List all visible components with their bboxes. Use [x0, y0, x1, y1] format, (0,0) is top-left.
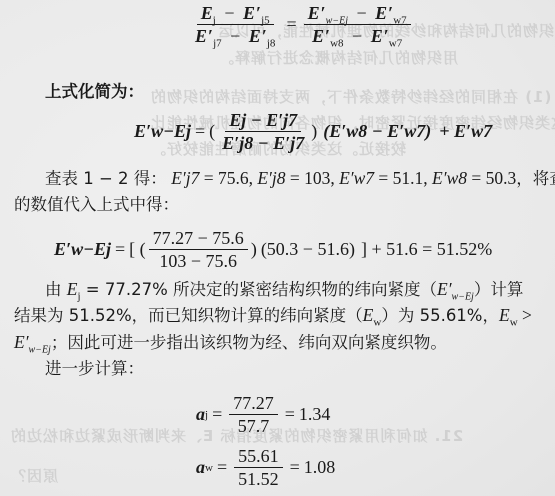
symbol-a: a — [196, 457, 205, 478]
ratio-result: 1.34 — [299, 404, 331, 425]
equals-sign: = — [115, 239, 125, 260]
equation-1: Ej − E′j5 E′j7 − E′j8 = E′w−Ej − E′w7 E′… — [188, 3, 414, 46]
symbol-E: E — [371, 26, 383, 46]
bleed-through-line: 原因？ — [10, 465, 58, 486]
fraction-numerator: Ej − E′j7 — [225, 110, 301, 132]
bleed-through-line: (1) 在相同的经纬纱特数条件下，两支持面结构的织物的 — [150, 86, 551, 107]
lookup-value: 50.3 — [486, 168, 517, 188]
fraction-numerator: 77.27 — [229, 393, 278, 415]
eq1-lhs-fraction: Ej − E′j5 E′j7 − E′j8 — [191, 3, 279, 46]
simplified-label: 上式化简为： — [45, 82, 144, 102]
close-paren: ) — [311, 121, 317, 142]
eq2-fraction: Ej − E′j7 E′j8 − E′j7 — [218, 110, 308, 153]
scanned-page: 主要取决于织物的几何结构和纱线的物理机械性能，可以运 用织物的几何结构概念进行解… — [0, 0, 555, 496]
eq2-plus-term: + E′w7 — [439, 121, 492, 142]
minus-sign: − — [224, 3, 234, 23]
symbol-E: E — [67, 279, 78, 299]
further-label: 进一步计算： — [45, 359, 144, 379]
equals-sign: = — [286, 14, 296, 35]
symbol-E: E′ — [14, 332, 29, 352]
subscript: w−Ej — [29, 345, 51, 356]
subscript: j7 — [213, 38, 222, 50]
lookup-line: 查表 1 − 2 得： E′j7 = 75.6, E′j8 = 103, E′w… — [45, 168, 555, 189]
fraction-denominator: 51.52 — [234, 468, 283, 489]
eq2-lhs: E′w−Ej — [134, 121, 191, 142]
lookup-symbol: E′j7 — [171, 168, 199, 188]
lookup-value: 51.1 — [393, 168, 424, 188]
equals-sign: = — [195, 121, 205, 142]
fraction-denominator: E′j8 − E′j7 — [218, 132, 308, 153]
eq2-factor: (E′w8 − E′w7) — [323, 121, 431, 142]
symbol-E: E — [243, 3, 255, 23]
subscript: j8 — [267, 38, 276, 50]
lookup-tail: ，将查得 — [516, 169, 555, 188]
text: = 77.27% 所决定的紧密结构织物的纬向紧度（ — [81, 280, 437, 299]
text: ）计算 — [474, 280, 524, 299]
lookup-intro: 查表 1 − 2 得： — [45, 169, 167, 188]
text: 结果为 51.52%，而已知织物计算的纬向紧度（ — [14, 306, 363, 325]
equation-3: E′w−Ej = [ ( 77.27 − 75.6 103 − 75.6 ) (… — [54, 228, 492, 271]
fraction-numerator: 55.61 — [234, 446, 283, 468]
lookup-value: 103 — [304, 168, 330, 188]
symbol-E: E — [201, 3, 213, 23]
eq1-rhs-fraction: E′w−Ej − E′w7 E′w8 − E′w7 — [304, 3, 411, 46]
symbol-E: E — [308, 3, 320, 23]
bleed-through-line: 用织物的几何结构概念进行解释。 — [218, 47, 458, 68]
symbol-E: E — [312, 26, 324, 46]
fraction-denominator: 57.7 — [234, 415, 274, 436]
eq3-factor: (50.3 − 51.6) — [261, 239, 355, 260]
minus-sign: − — [356, 3, 366, 23]
symbol-E: E′ — [437, 279, 452, 299]
minus-sign: − — [352, 26, 362, 46]
subscript: w — [510, 317, 518, 329]
ratio-result: 1.08 — [304, 457, 336, 478]
ratio-equation-aw: aw = 55.61 51.52 =1.08 — [196, 446, 335, 489]
symbol-a: a — [196, 404, 205, 425]
lookup-value: 75.6 — [218, 168, 249, 188]
lookup-symbol: E′j8 — [257, 168, 285, 188]
eq3-fraction: 77.27 − 75.6 103 − 75.6 — [149, 228, 248, 271]
subscript: w−Ej — [452, 292, 474, 303]
text: ）为 55.61%， — [381, 306, 499, 325]
eq3-lhs: E′w−Ej — [54, 239, 111, 260]
open-bracket: [ ( — [129, 239, 146, 260]
paragraph-line-3: E′w−Ej；因此可进一步指出该织物为经、纬向双向紧度织物。 — [14, 332, 447, 353]
paragraph-line-1: 由 Ej = 77.27% 所决定的紧密结构织物的纬向紧度（E′w−Ej）计算 — [45, 279, 523, 300]
lookup-symbol: E′w8 — [432, 168, 467, 188]
open-paren: ( — [209, 121, 215, 142]
symbol-E: E — [249, 26, 261, 46]
symbol-E: E — [195, 26, 207, 46]
equation-2: E′w−Ej = ( Ej − E′j7 E′j8 − E′j7 ) (E′w8… — [134, 110, 492, 153]
lookup-symbol: E′w7 — [339, 168, 374, 188]
ratio-equation-aj: aj = 77.27 57.7 =1.34 — [196, 393, 330, 436]
symbol-E: E — [499, 305, 510, 325]
subscript: w8 — [330, 38, 343, 50]
ratio-fraction: 55.61 51.52 — [234, 446, 283, 489]
text: > — [518, 305, 532, 325]
subscript: w7 — [389, 38, 402, 50]
fraction-numerator: 77.27 − 75.6 — [149, 228, 248, 250]
symbol-E: E — [363, 305, 374, 325]
lookup-continuation: 的数值代入上式中得： — [14, 195, 179, 215]
ratio-fraction: 77.27 57.7 — [229, 393, 278, 436]
text: ；因此可进一步指出该织物为经、纬向双向紧度织物。 — [51, 333, 447, 352]
symbol-E: E — [375, 3, 387, 23]
text: 由 — [45, 280, 67, 299]
paragraph-line-2: 结果为 51.52%，而已知织物计算的纬向紧度（Ew）为 55.61%，Ew > — [14, 305, 532, 326]
fraction-denominator: 103 − 75.6 — [155, 250, 241, 271]
minus-sign: − — [230, 26, 240, 46]
eq3-result: ] + 51.6 = 51.52% — [361, 239, 492, 260]
